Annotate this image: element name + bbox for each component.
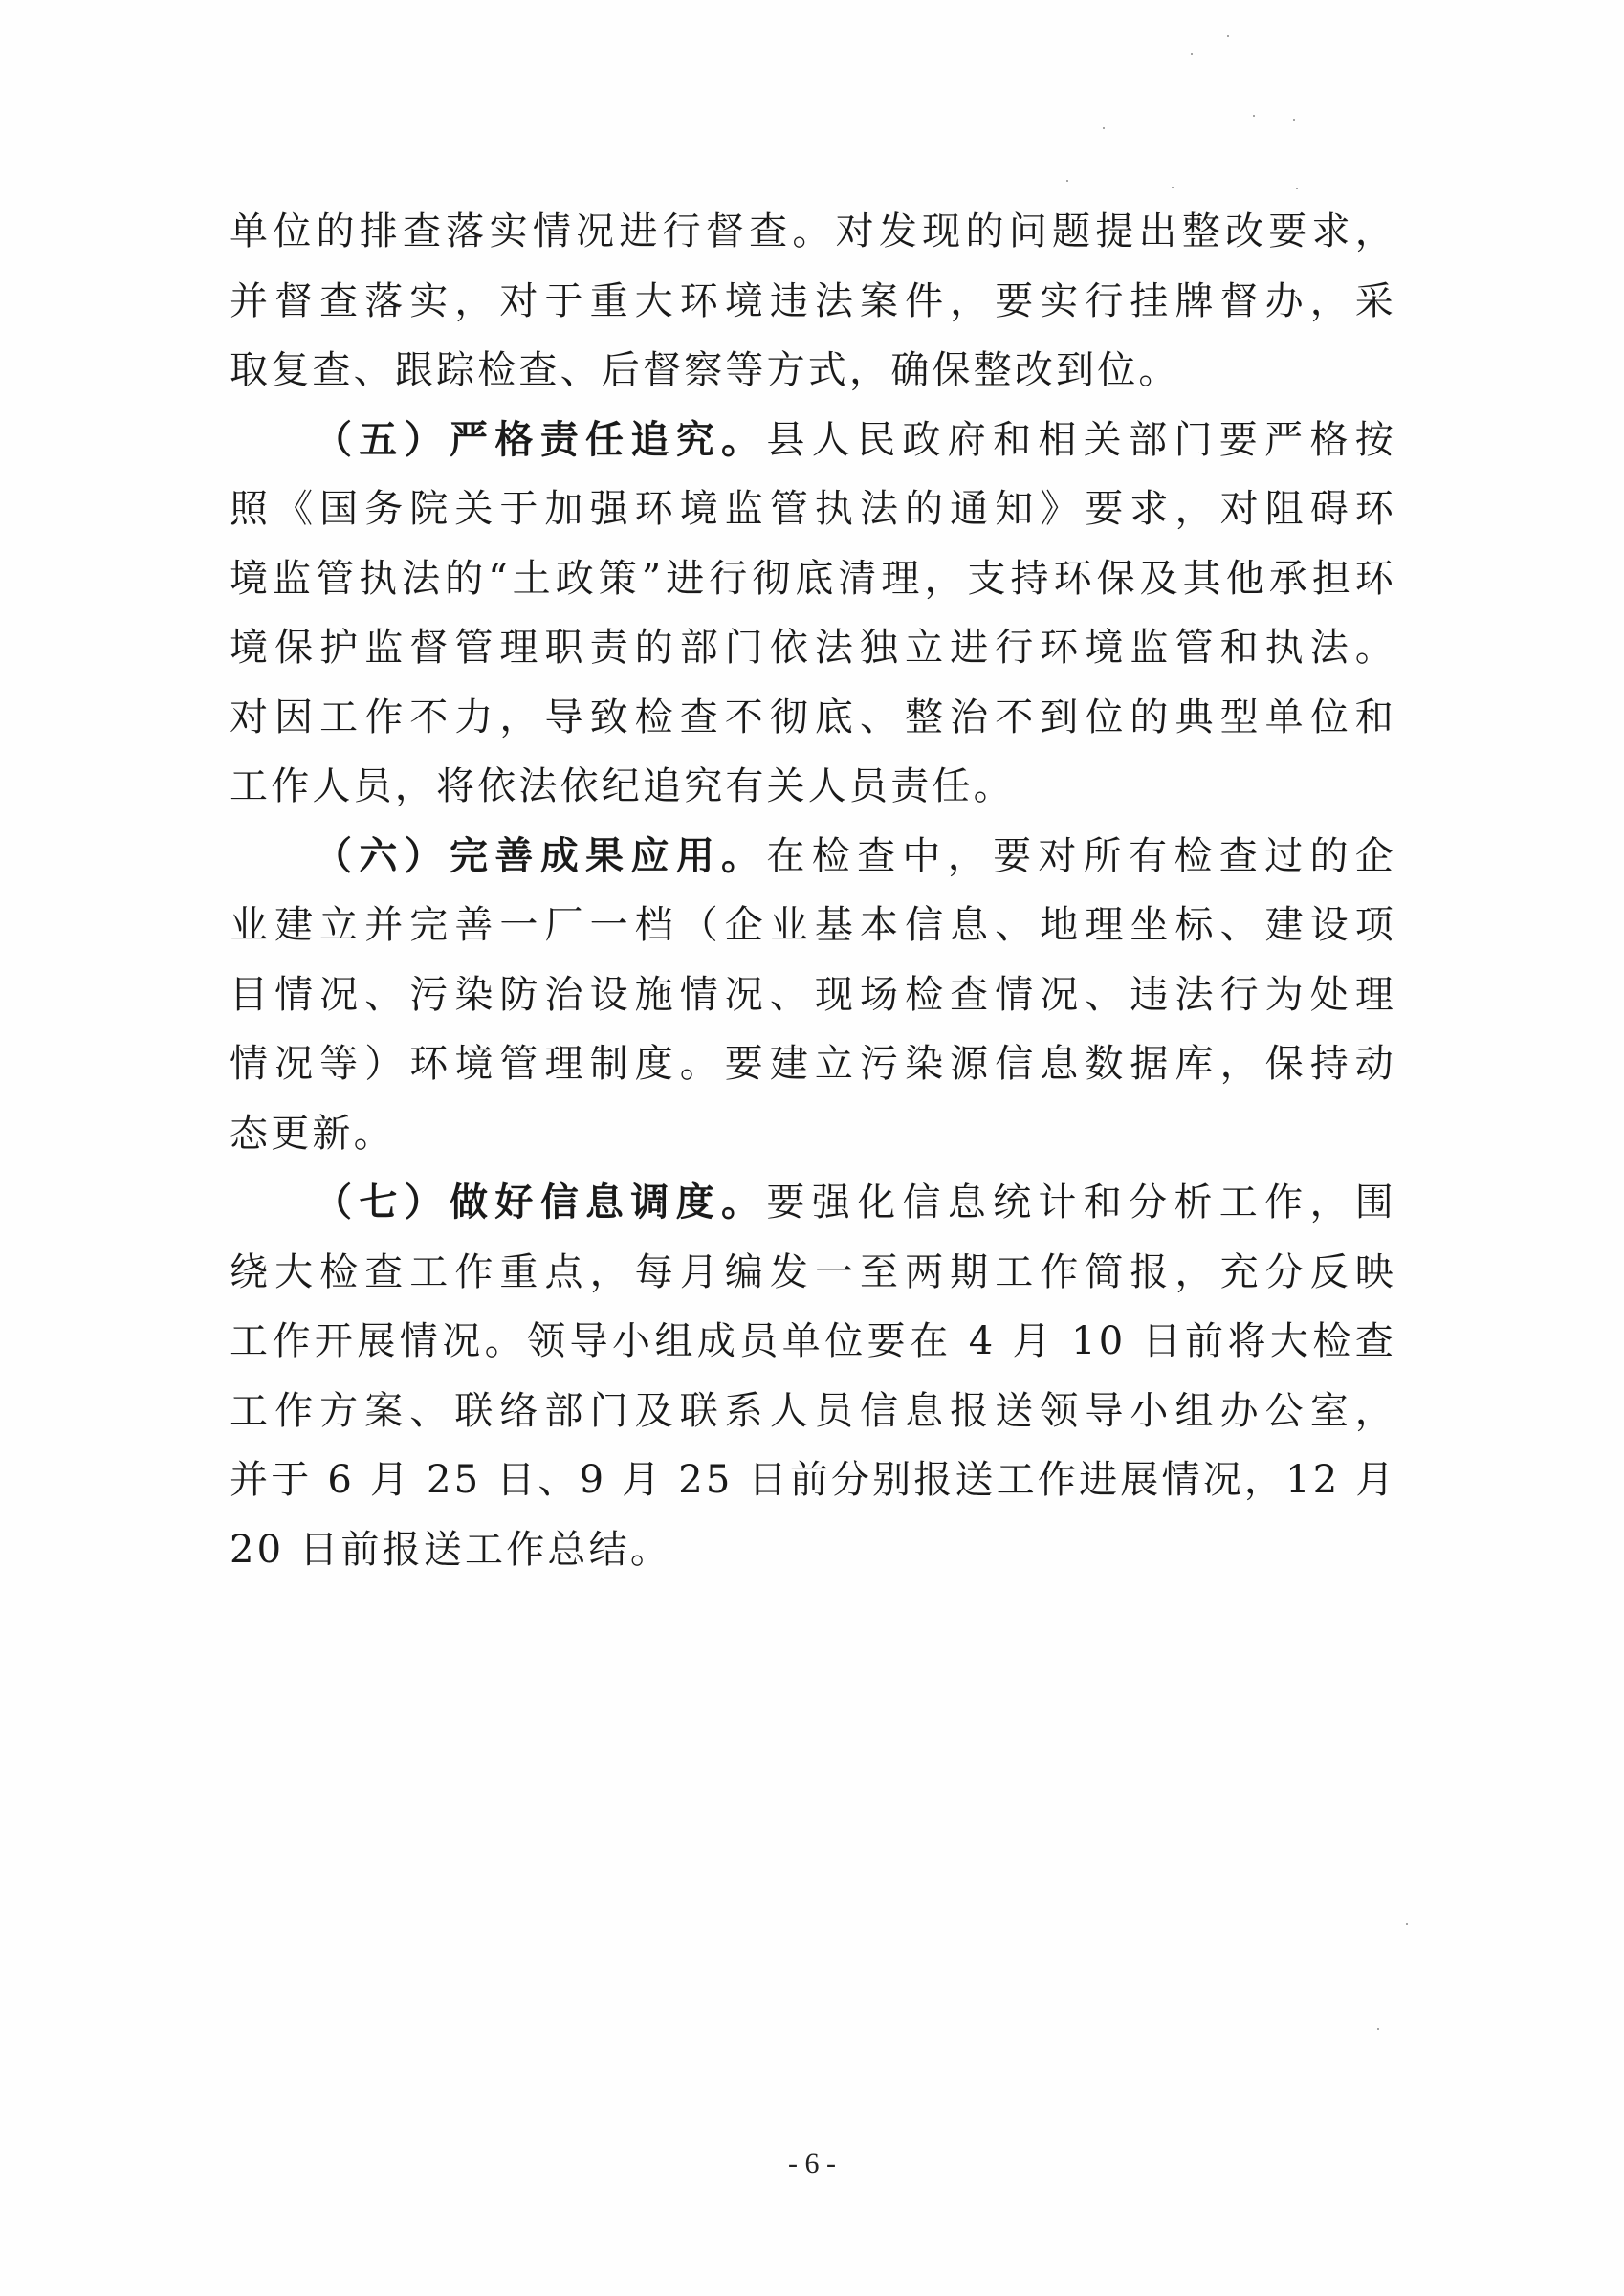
speck xyxy=(1191,53,1193,55)
speck xyxy=(1406,1923,1408,1925)
speck xyxy=(1293,119,1295,121)
speck xyxy=(1172,187,1174,188)
text-line: 取复查、跟踪检查、后督察等方式，确保整改到位。 xyxy=(230,336,1396,406)
text-line: 目情况、污染防治设施情况、现场检查情况、违法行为处理 xyxy=(230,960,1396,1030)
text-line: 单位的排查落实情况进行督查。对发现的问题提出整改要求， xyxy=(230,197,1396,267)
page-number: - 6 - xyxy=(0,2148,1624,2180)
text-line: 对因工作不力，导致检查不彻底、整治不到位的典型单位和 xyxy=(230,683,1396,753)
text-line: 绕大检查工作重点，每月编发一至两期工作简报，充分反映 xyxy=(230,1238,1396,1308)
section-text: 在检查中，要对所有检查过的企 xyxy=(766,834,1396,878)
speck xyxy=(1227,35,1229,37)
speck xyxy=(1296,188,1298,189)
text-line: 工作开展情况。领导小组成员单位要在 4 月 10 日前将大检查 xyxy=(230,1307,1396,1377)
text-line: 工作方案、联络部门及联系人员信息报送领导小组办公室， xyxy=(230,1377,1396,1446)
section-text: 要强化信息统计和分析工作，围 xyxy=(766,1181,1396,1225)
text-line: 境保护监督管理职责的部门依法独立进行环境监管和执法。 xyxy=(230,613,1396,683)
document-body: 单位的排查落实情况进行督查。对发现的问题提出整改要求， 并督查落实，对于重大环境… xyxy=(230,197,1396,1584)
text-line: 20 日前报送工作总结。 xyxy=(230,1515,1396,1585)
section-heading-line: （六）完善成果应用。在检查中，要对所有检查过的企 xyxy=(230,822,1396,892)
section-heading: （七）做好信息调度。 xyxy=(314,1181,766,1225)
speck xyxy=(1377,2028,1379,2030)
section-six: （六）完善成果应用。在检查中，要对所有检查过的企 业建立并完善一厂一档（企业基本… xyxy=(230,822,1396,1169)
text-line: 态更新。 xyxy=(230,1099,1396,1169)
section-heading-line: （五）严格责任追究。县人民政府和相关部门要严格按 xyxy=(230,406,1396,475)
section-heading: （五）严格责任追究。 xyxy=(314,418,766,462)
text-line: 业建立并完善一厂一档（企业基本信息、地理坐标、建设项 xyxy=(230,891,1396,960)
paragraph-continued: 单位的排查落实情况进行督查。对发现的问题提出整改要求， 并督查落实，对于重大环境… xyxy=(230,197,1396,406)
speck xyxy=(1253,115,1255,117)
section-heading-line: （七）做好信息调度。要强化信息统计和分析工作，围 xyxy=(230,1168,1396,1238)
text-line: 境监管执法的“土政策”进行彻底清理，支持环保及其他承担环 xyxy=(230,544,1396,614)
speck xyxy=(1066,180,1068,182)
text-line: 并督查落实，对于重大环境违法案件，要实行挂牌督办，采 xyxy=(230,267,1396,337)
section-five: （五）严格责任追究。县人民政府和相关部门要严格按 照《国务院关于加强环境监管执法… xyxy=(230,406,1396,822)
document-page: 单位的排查落实情况进行督查。对发现的问题提出整改要求， 并督查落实，对于重大环境… xyxy=(0,0,1624,2296)
text-line: 并于 6 月 25 日、9 月 25 日前分别报送工作进展情况，12 月 xyxy=(230,1446,1396,1515)
text-line: 照《国务院关于加强环境监管执法的通知》要求，对阻碍环 xyxy=(230,475,1396,544)
text-line: 工作人员，将依法依纪追究有关人员责任。 xyxy=(230,752,1396,822)
speck xyxy=(1103,127,1105,129)
section-seven: （七）做好信息调度。要强化信息统计和分析工作，围 绕大检查工作重点，每月编发一至… xyxy=(230,1168,1396,1584)
section-text: 县人民政府和相关部门要严格按 xyxy=(766,418,1396,462)
text-line: 情况等）环境管理制度。要建立污染源信息数据库，保持动 xyxy=(230,1029,1396,1099)
section-heading: （六）完善成果应用。 xyxy=(314,834,766,878)
